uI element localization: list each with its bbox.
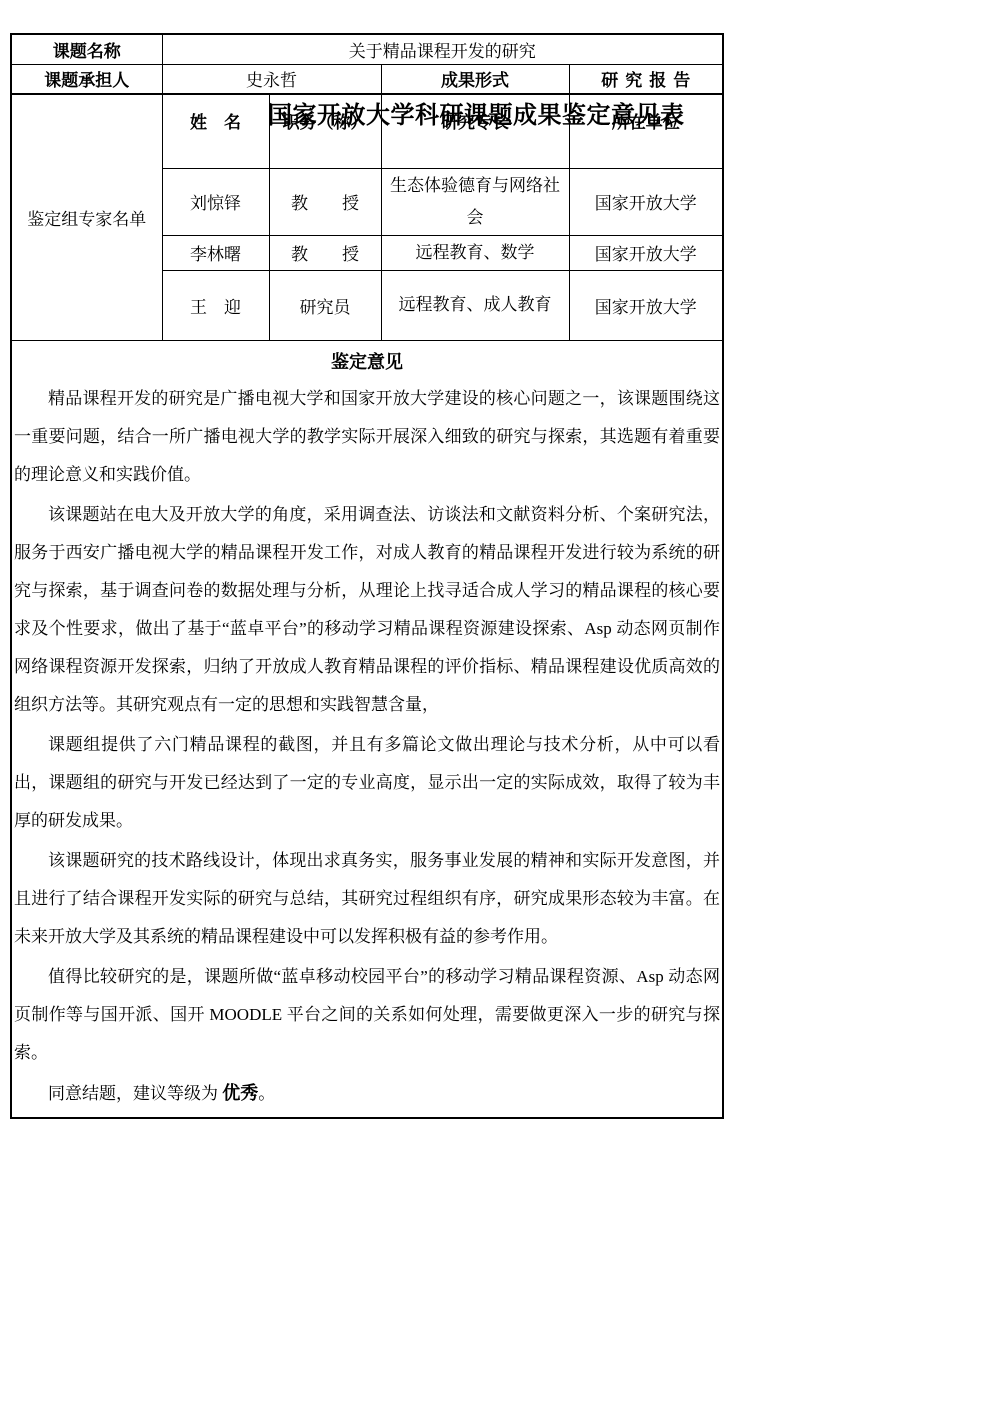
project-leader-label: 课题承担人 (11, 64, 162, 94)
project-name-label: 课题名称 (11, 34, 162, 64)
opinion-paragraph: 该课题站在电大及开放大学的角度，采用调查法、访谈法和文献资料分析、个案研究法，服… (14, 496, 720, 724)
expert-organization: 国家开放大学 (569, 168, 723, 235)
expert-title: 教 授 (269, 168, 381, 235)
conclusion-line: 同意结题，建议等级为 优秀。 (14, 1074, 720, 1113)
document-title-overlay: 国家开放大学科研课题成果鉴定意见表 (268, 95, 685, 130)
expert-organization: 国家开放大学 (569, 270, 723, 340)
project-leader-row: 课题承担人 史永哲 成果形式 研究报告 (11, 64, 723, 94)
expert-specialty: 远程教育、成人教育 (381, 270, 569, 340)
expert-group-label: 鉴定组专家名单 (11, 94, 162, 340)
conclusion-prefix: 同意结题，建议等级为 (48, 1084, 222, 1103)
project-leader-value: 史永哲 (162, 64, 381, 94)
result-form-value: 研究报告 (569, 64, 723, 94)
expert-organization: 国家开放大学 (569, 235, 723, 270)
conclusion-grade: 优秀 (222, 1083, 258, 1103)
opinion-cell: 鉴定意见 精品课程开发的研究是广播电视大学和国家开放大学建设的核心问题之一，该课… (11, 340, 723, 1118)
expert-specialty: 生态体验德育与网络社会 (381, 168, 569, 235)
opinion-paragraph: 该课题研究的技术路线设计，体现出求真务实，服务事业发展的精神和实际开发意图，并且… (14, 842, 720, 956)
project-name-value: 关于精品课程开发的研究 (162, 34, 723, 64)
project-name-row: 课题名称 关于精品课程开发的研究 (11, 34, 723, 64)
opinion-heading: 鉴定意见 (14, 344, 720, 380)
expert-name: 王 迎 (162, 270, 269, 340)
opinion-row: 鉴定意见 精品课程开发的研究是广播电视大学和国家开放大学建设的核心问题之一，该课… (11, 340, 723, 1118)
header-name: 姓 名 (162, 94, 269, 168)
result-form-label: 成果形式 (381, 64, 569, 94)
opinion-paragraph: 精品课程开发的研究是广播电视大学和国家开放大学建设的核心问题之一，该课题围绕这一… (14, 380, 720, 494)
expert-title: 教 授 (269, 235, 381, 270)
opinion-paragraph: 值得比较研究的是，课题所做“蓝卓移动校园平台”的移动学习精品课程资源、Asp 动… (14, 958, 720, 1072)
appraisal-form-table: 课题名称 关于精品课程开发的研究 课题承担人 史永哲 成果形式 研究报告 鉴定组… (10, 33, 724, 1119)
expert-name: 刘惊铎 (162, 168, 269, 235)
conclusion-suffix: 。 (258, 1084, 275, 1103)
expert-specialty: 远程教育、数学 (381, 235, 569, 270)
opinion-paragraph: 课题组提供了六门精品课程的截图，并且有多篇论文做出理论与技术分析，从中可以看出，… (14, 726, 720, 840)
expert-title: 研究员 (269, 270, 381, 340)
expert-name: 李林曙 (162, 235, 269, 270)
